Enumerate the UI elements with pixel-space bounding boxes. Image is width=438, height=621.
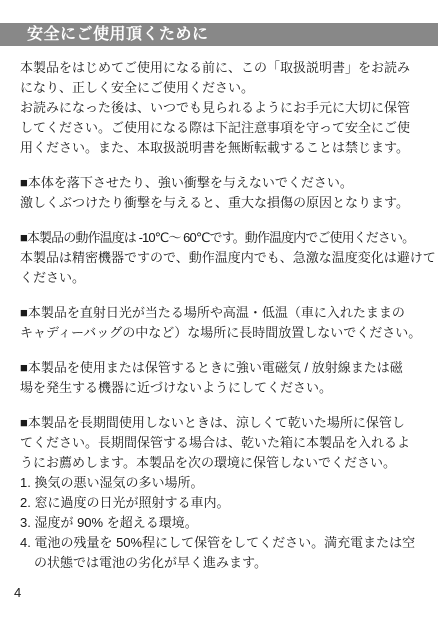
warning-storage-paragraph: ■本製品を長期間使用しないときは、涼しくて乾いた場所に保管し てください。長期間… bbox=[20, 413, 432, 473]
document-body: 本製品をはじめてご使用になる前に、この「取扱説明書」をお読み になり、正しく安全… bbox=[20, 58, 432, 588]
manual-page: 安全にご使用頂くために 本製品をはじめてご使用になる前に、この「取扱説明書」をお… bbox=[0, 0, 438, 621]
warning-magnetic-paragraph: ■本製品を使用または保管するときに強い電磁気 / 放射線または磁 場を発生する機… bbox=[20, 358, 432, 398]
section-header-banner: 安全にご使用頂くために bbox=[0, 23, 438, 46]
page-number: 4 bbox=[14, 585, 21, 600]
list-item: 2. 窓に過度の日光が照射する車内。 bbox=[20, 493, 432, 513]
text-line: お読みになった後は、いつでも見られるようにお手元に大切に保管 bbox=[20, 98, 432, 118]
list-item: 3. 湿度が 90% を超える環境。 bbox=[20, 513, 432, 533]
text-line: ■本製品を直射日光が当たる場所や高温・低温（車に入れたままの bbox=[20, 303, 432, 323]
warning-impact-paragraph: ■本体を落下させたり、強い衝撃を与えないでください。 激しくぶつけたり衝撃を与え… bbox=[20, 173, 432, 213]
text-line: うにお薦めします。本製品を次の環境に保管しないでください。 bbox=[20, 453, 432, 473]
warning-temperature-paragraph: ■本製品の動作温度は -10℃〜 60℃です。動作温度内でご使用ください。 本製… bbox=[20, 228, 432, 288]
text-line: ■本体を落下させたり、強い衝撃を与えないでください。 bbox=[20, 173, 432, 193]
text-line: キャディーバッグの中など）な場所に長時間放置しないでください。 bbox=[20, 323, 432, 343]
list-item-continuation: の状態では電池の劣化が早く進みます。 bbox=[20, 553, 432, 573]
intro-paragraph: 本製品をはじめてご使用になる前に、この「取扱説明書」をお読み になり、正しく安全… bbox=[20, 58, 432, 158]
storage-conditions-list: 1. 換気の悪い湿気の多い場所。 2. 窓に過度の日光が照射する車内。 3. 湿… bbox=[20, 473, 432, 573]
text-line: てください。長期間保管する場合は、乾いた箱に本製品を入れるよ bbox=[20, 433, 432, 453]
text-line: してください。ご使用になる際は下記注意事項を守って安全にご使 bbox=[20, 118, 432, 138]
text-line: 本製品をはじめてご使用になる前に、この「取扱説明書」をお読み bbox=[20, 58, 432, 78]
text-line: ください。 bbox=[20, 268, 432, 288]
text-line: になり、正しく安全にご使用ください。 bbox=[20, 78, 432, 98]
list-item: 1. 換気の悪い湿気の多い場所。 bbox=[20, 473, 432, 493]
list-item: 4. 電池の残量を 50%程にして保管をしてください。満充電または空 bbox=[20, 533, 432, 553]
text-line: ■本製品を使用または保管するときに強い電磁気 / 放射線または磁 bbox=[20, 358, 432, 378]
text-line: ■本製品の動作温度は -10℃〜 60℃です。動作温度内でご使用ください。 bbox=[20, 228, 432, 248]
text-line: 用ください。また、本取扱説明書を無断転載することは禁じます。 bbox=[20, 138, 432, 158]
section-title: 安全にご使用頂くために bbox=[0, 23, 438, 46]
warning-sunlight-paragraph: ■本製品を直射日光が当たる場所や高温・低温（車に入れたままの キャディーバッグの… bbox=[20, 303, 432, 343]
text-line: ■本製品を長期間使用しないときは、涼しくて乾いた場所に保管し bbox=[20, 413, 432, 433]
text-line: 場を発生する機器に近づけないようにしてください。 bbox=[20, 378, 432, 398]
text-line: 本製品は精密機器ですので、動作温度内でも、急激な温度変化は避けて bbox=[20, 248, 432, 268]
text-line: 激しくぶつけたり衝撃を与えると、重大な損傷の原因となります。 bbox=[20, 193, 432, 213]
